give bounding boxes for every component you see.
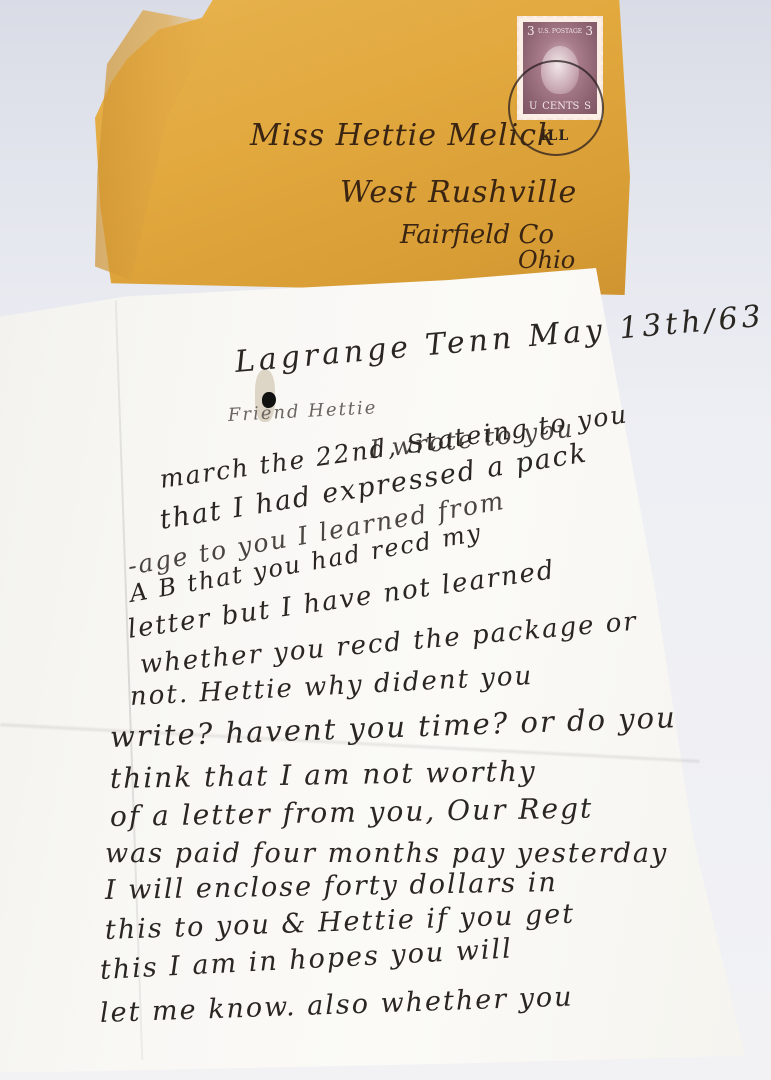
stamp-top-text: U.S. POSTAGE — [538, 28, 582, 35]
stamp-denomination-right: 3 — [585, 24, 593, 38]
address-recipient: Miss Hettie Melick — [250, 118, 556, 153]
address-town: West Rushville — [340, 175, 577, 210]
stamp-denomination-left: 3 — [527, 24, 535, 38]
address-state: Ohio — [518, 246, 575, 274]
stamp-top: 3 U.S. POSTAGE 3 — [523, 22, 597, 40]
letter-paper — [0, 268, 745, 1080]
photo-scene: 3 U.S. POSTAGE 3 U CENTS S ILL Miss Hett… — [0, 0, 771, 1080]
